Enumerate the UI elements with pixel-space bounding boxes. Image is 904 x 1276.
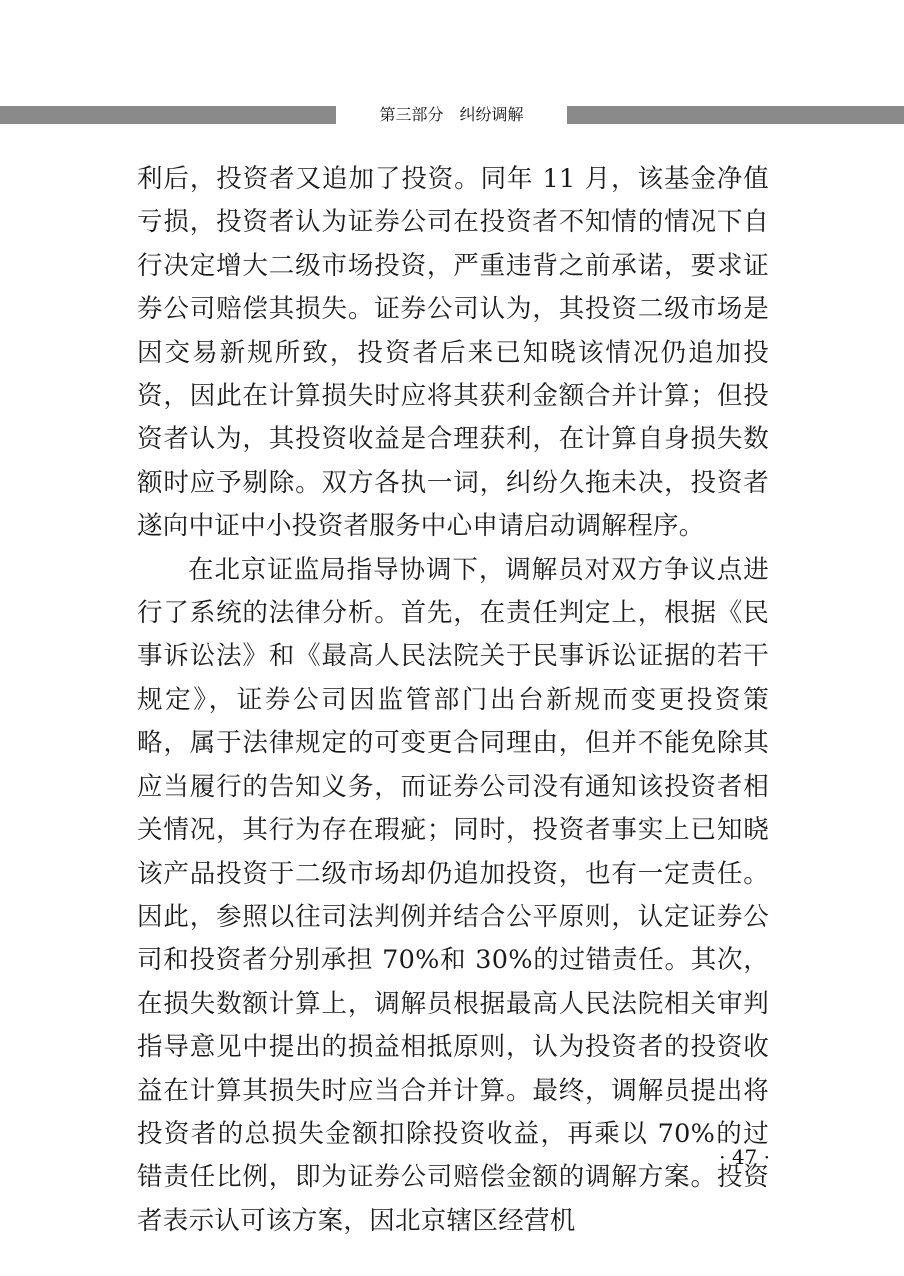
paragraph-continuation: 利后，投资者又追加了投资。同年 11 月，该基金净值亏损，投资者认为证券公司在投… bbox=[137, 158, 769, 549]
page-body: 利后，投资者又追加了投资。同年 11 月，该基金净值亏损，投资者认为证券公司在投… bbox=[137, 158, 769, 1243]
page-number: · 47 · bbox=[630, 1143, 770, 1171]
paragraph-mediation-analysis: 在北京证监局指导协调下，调解员对双方争议点进行了系统的法律分析。首先，在责任判定… bbox=[137, 549, 769, 1244]
running-header-title: 第三部分 纠纷调解 bbox=[336, 103, 567, 127]
header-rule-left bbox=[0, 106, 336, 124]
header-rule-right bbox=[567, 106, 904, 124]
